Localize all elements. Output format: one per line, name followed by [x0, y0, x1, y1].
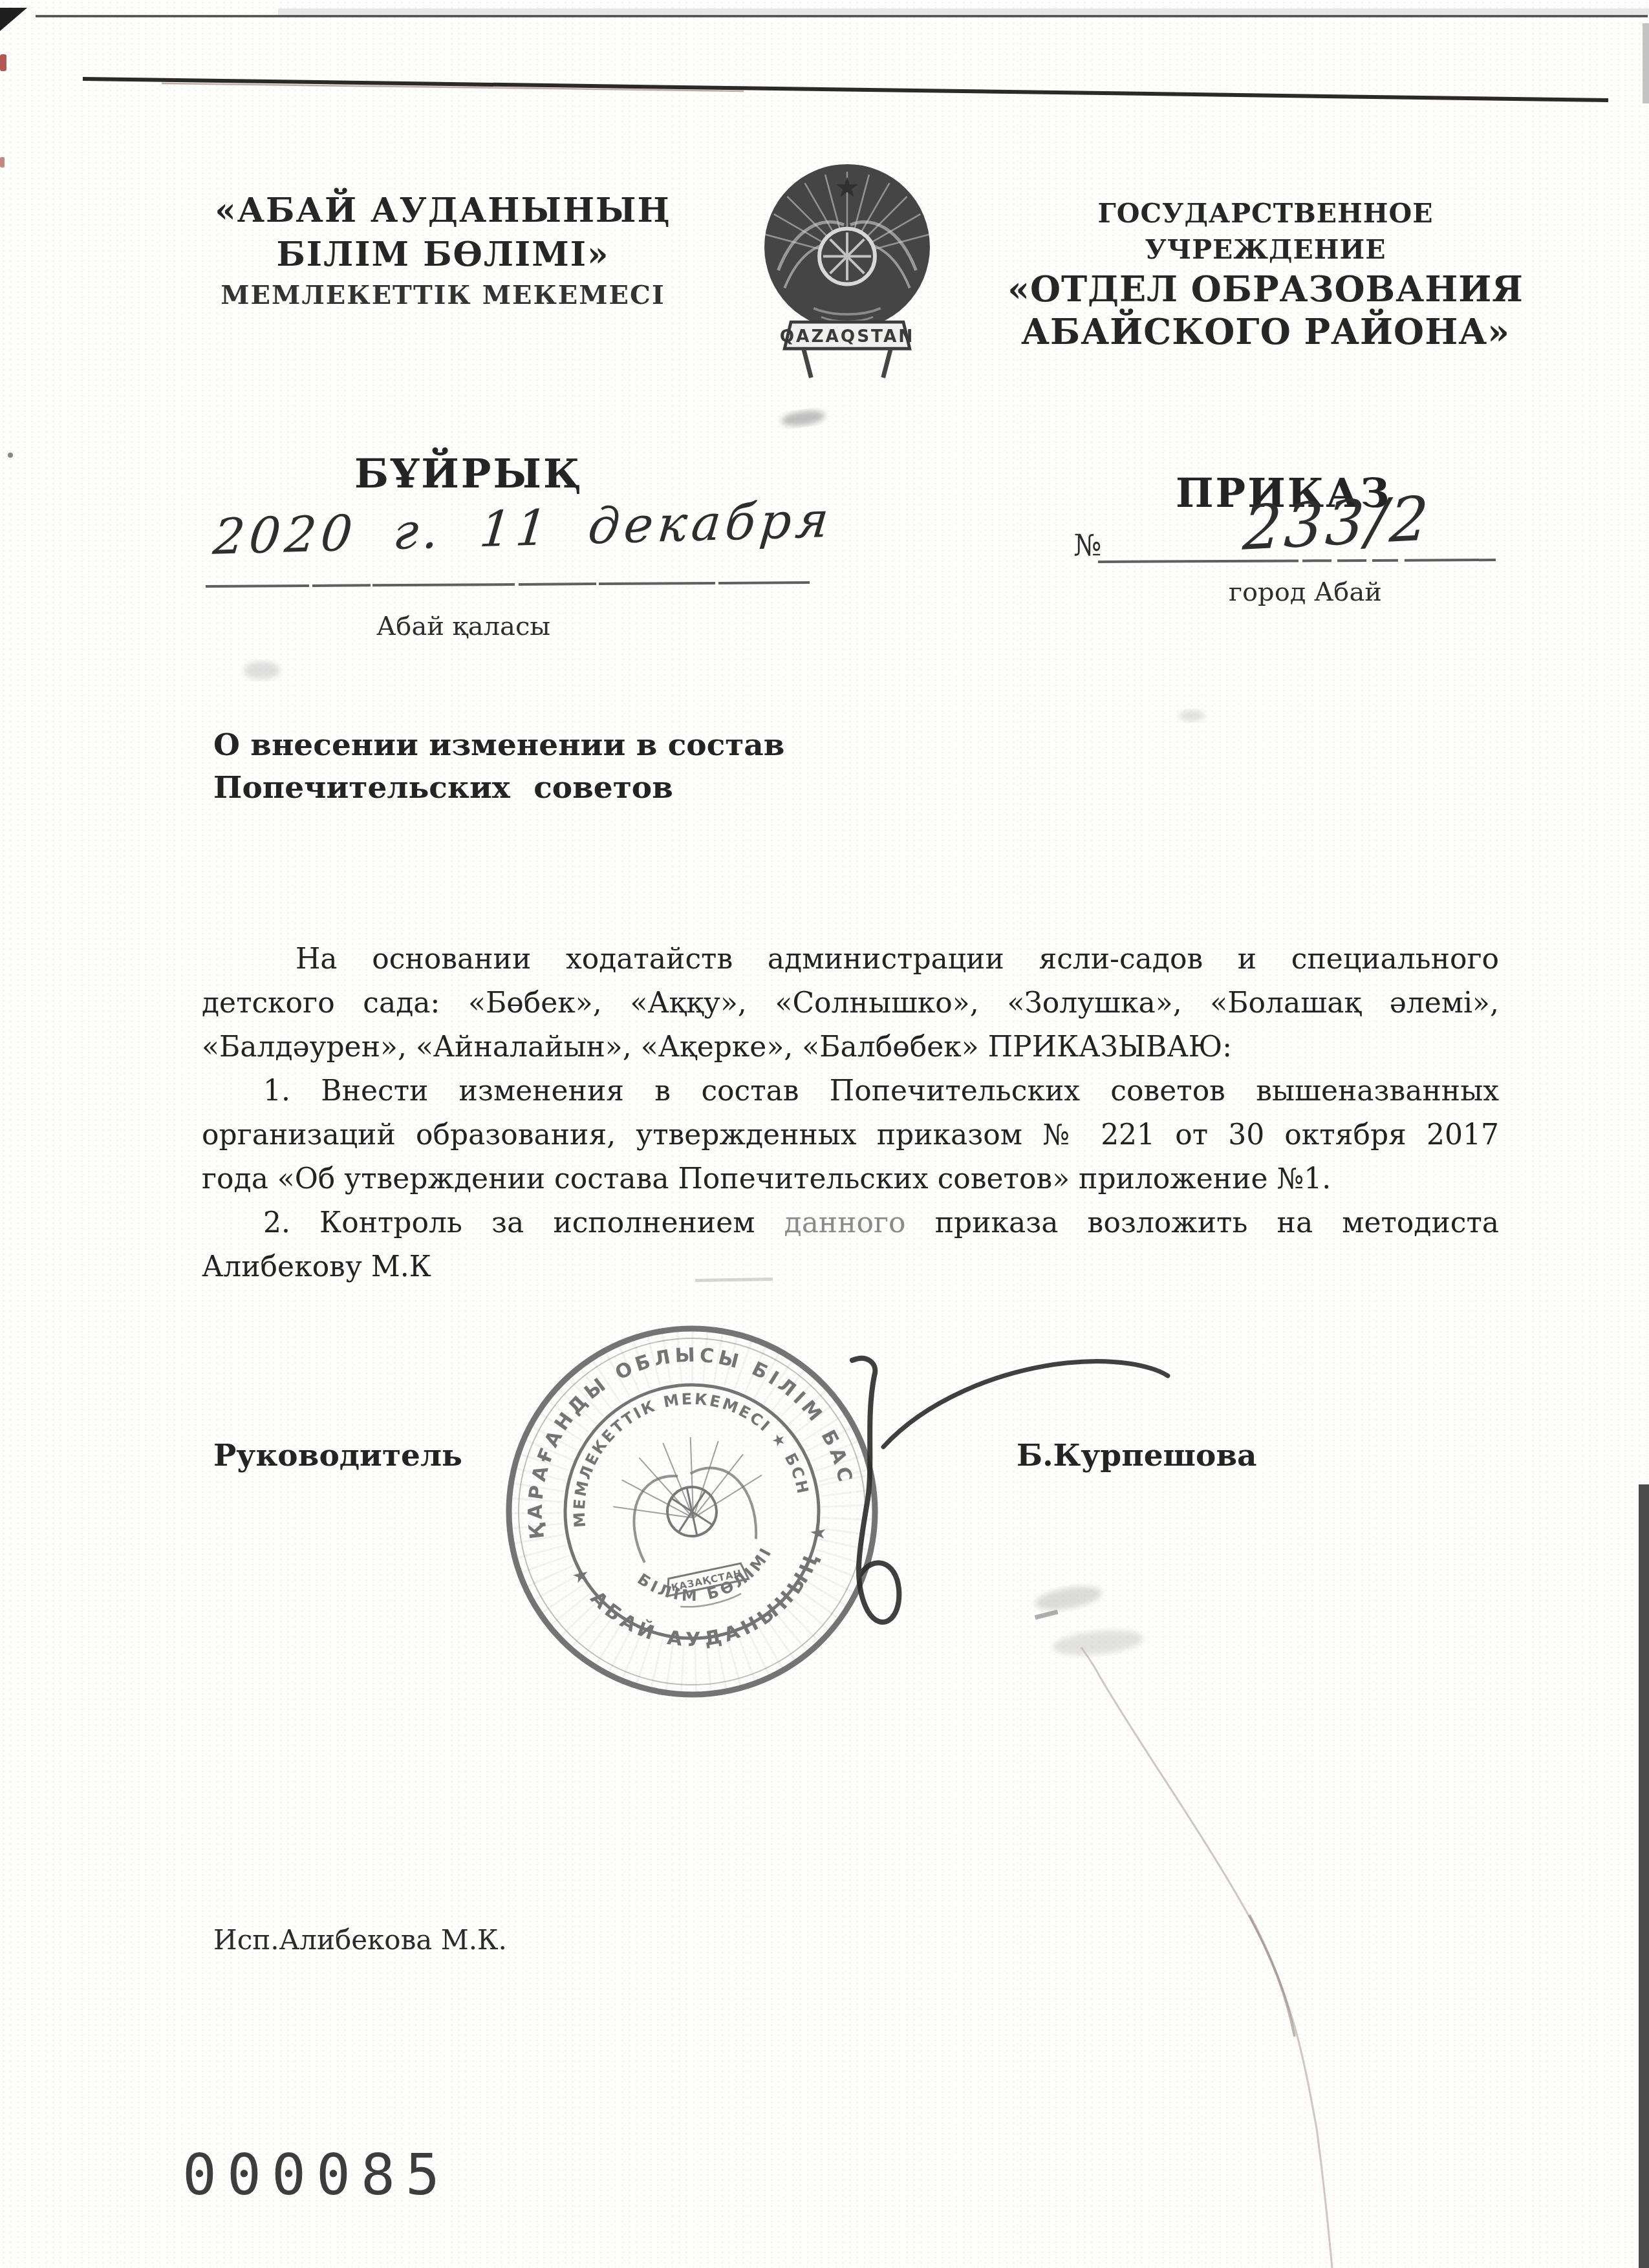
- body-item2-line: 2. Контроль за исполнением данного прика…: [202, 1201, 1499, 1245]
- pen-signature: [852, 1358, 1168, 1622]
- item2-part-a: 2. Контроль за исполнением: [263, 1206, 755, 1239]
- org-ru-line3: АБАЙСКОГО РАЙОНА»: [1004, 310, 1527, 353]
- ink-smudge: [244, 661, 280, 679]
- signer-role: Руководитель: [213, 1438, 462, 1473]
- scan-top-gray-band: [278, 8, 1649, 16]
- kazakhstan-coat-of-arms-icon: QAZAQSTAN: [762, 162, 932, 381]
- number-sign: №: [1073, 528, 1102, 562]
- stamp-center-emblem: ҚАЗАҚСТАН: [603, 1424, 786, 1620]
- subject-line2: Попечительских советов: [213, 767, 784, 809]
- ink-smudge: [781, 408, 826, 428]
- right-edge-band: [1639, 1484, 1649, 2268]
- emblem-banner-text: QAZAQSTAN: [780, 327, 915, 347]
- left-edge-mark: [0, 157, 5, 167]
- body-item1-line: года «Об утверждении состава Попечительс…: [202, 1157, 1499, 1201]
- item2-part-b: приказа возложить на методиста: [935, 1206, 1499, 1239]
- paper-crease-line: [1081, 1647, 1332, 2268]
- official-round-stamp: ҚАРАҒАНДЫ ОБЛЫСЫ БІЛІМ БАСҚАРМАСЫНЫҢ ★ А…: [498, 1318, 886, 1706]
- handwritten-date: 2020 г. 11 декабря: [211, 490, 850, 566]
- signer-name: Б.Курпешова: [1017, 1438, 1257, 1473]
- org-ru-line1: ГОСУДАРСТВЕННОЕ УЧРЕЖДЕНИЕ: [1004, 195, 1527, 268]
- handwritten-order-number: 233/2: [1241, 484, 1432, 564]
- scan-corner-wedge: [0, 8, 27, 31]
- left-edge-mark: [0, 54, 6, 71]
- letterhead-top-rule-tint: [162, 83, 744, 91]
- org-ru-line2: «ОТДЕЛ ОБРАЗОВАНИЯ: [1004, 268, 1527, 310]
- item2-faded-word: данного: [784, 1206, 906, 1239]
- paper-crease-dark-segment: [1249, 1915, 1295, 2037]
- executor-line: Исп.Алибекова М.К.: [213, 1924, 507, 1956]
- page-serial-number: 000085: [182, 2141, 450, 2208]
- pencil-dash: [1035, 1610, 1059, 1620]
- left-edge-speck: [8, 453, 13, 458]
- body-paragraph-line: «Балдәурен», «Айналайын», «Ақерке», «Бал…: [202, 1025, 1499, 1069]
- org-kk-line1: «АБАЙ АУДАНЫНЫҢ: [207, 189, 679, 233]
- faded-smudge: [1052, 1627, 1145, 1659]
- issuing-org-kazakh: «АБАЙ АУДАНЫНЫҢ БІЛІМ БӨЛІМІ» МЕМЛЕКЕТТІ…: [207, 189, 679, 314]
- body-paragraph-line: детского сада: «Бөбек», «Аққу», «Солнышк…: [202, 981, 1499, 1025]
- date-underline: [206, 583, 810, 586]
- order-body: На основании ходатайств администрации яс…: [202, 937, 1499, 1289]
- body-item2-line: Алибекову М.К: [202, 1245, 1499, 1289]
- body-item1-line: организаций образования, утвержденных пр…: [202, 1113, 1499, 1157]
- emblem-banner-tails: [804, 348, 891, 378]
- place-kazakh: Абай қаласы: [376, 612, 550, 641]
- emblem-shanyrak-cross: [823, 232, 871, 280]
- right-edge-mark: [1643, 23, 1649, 103]
- letterhead-top-rule: [83, 79, 1608, 100]
- faded-smudge: [1033, 1582, 1103, 1614]
- body-paragraph-line: На основании ходатайств администрации яс…: [202, 937, 1499, 981]
- org-kk-line2: БІЛІМ БӨЛІМІ»: [207, 233, 679, 277]
- scanned-order-document: «АБАЙ АУДАНЫНЫҢ БІЛІМ БӨЛІМІ» МЕМЛЕКЕТТІ…: [0, 0, 1649, 2268]
- order-title-kazakh: БҰЙРЫҚ: [354, 450, 583, 497]
- order-subject: О внесении изменении в состав Попечитель…: [213, 724, 784, 809]
- org-kk-line3: МЕМЛЕКЕТТІК МЕКЕМЕСІ: [207, 277, 679, 314]
- body-item1-line: 1. Внести изменения в состав Попечительс…: [202, 1069, 1499, 1113]
- subject-line1: О внесении изменении в состав: [213, 724, 784, 767]
- ink-smudge: [1179, 710, 1205, 722]
- issuing-org-russian: ГОСУДАРСТВЕННОЕ УЧРЕЖДЕНИЕ «ОТДЕЛ ОБРАЗО…: [1004, 195, 1527, 353]
- place-russian: город Абай: [1229, 577, 1382, 607]
